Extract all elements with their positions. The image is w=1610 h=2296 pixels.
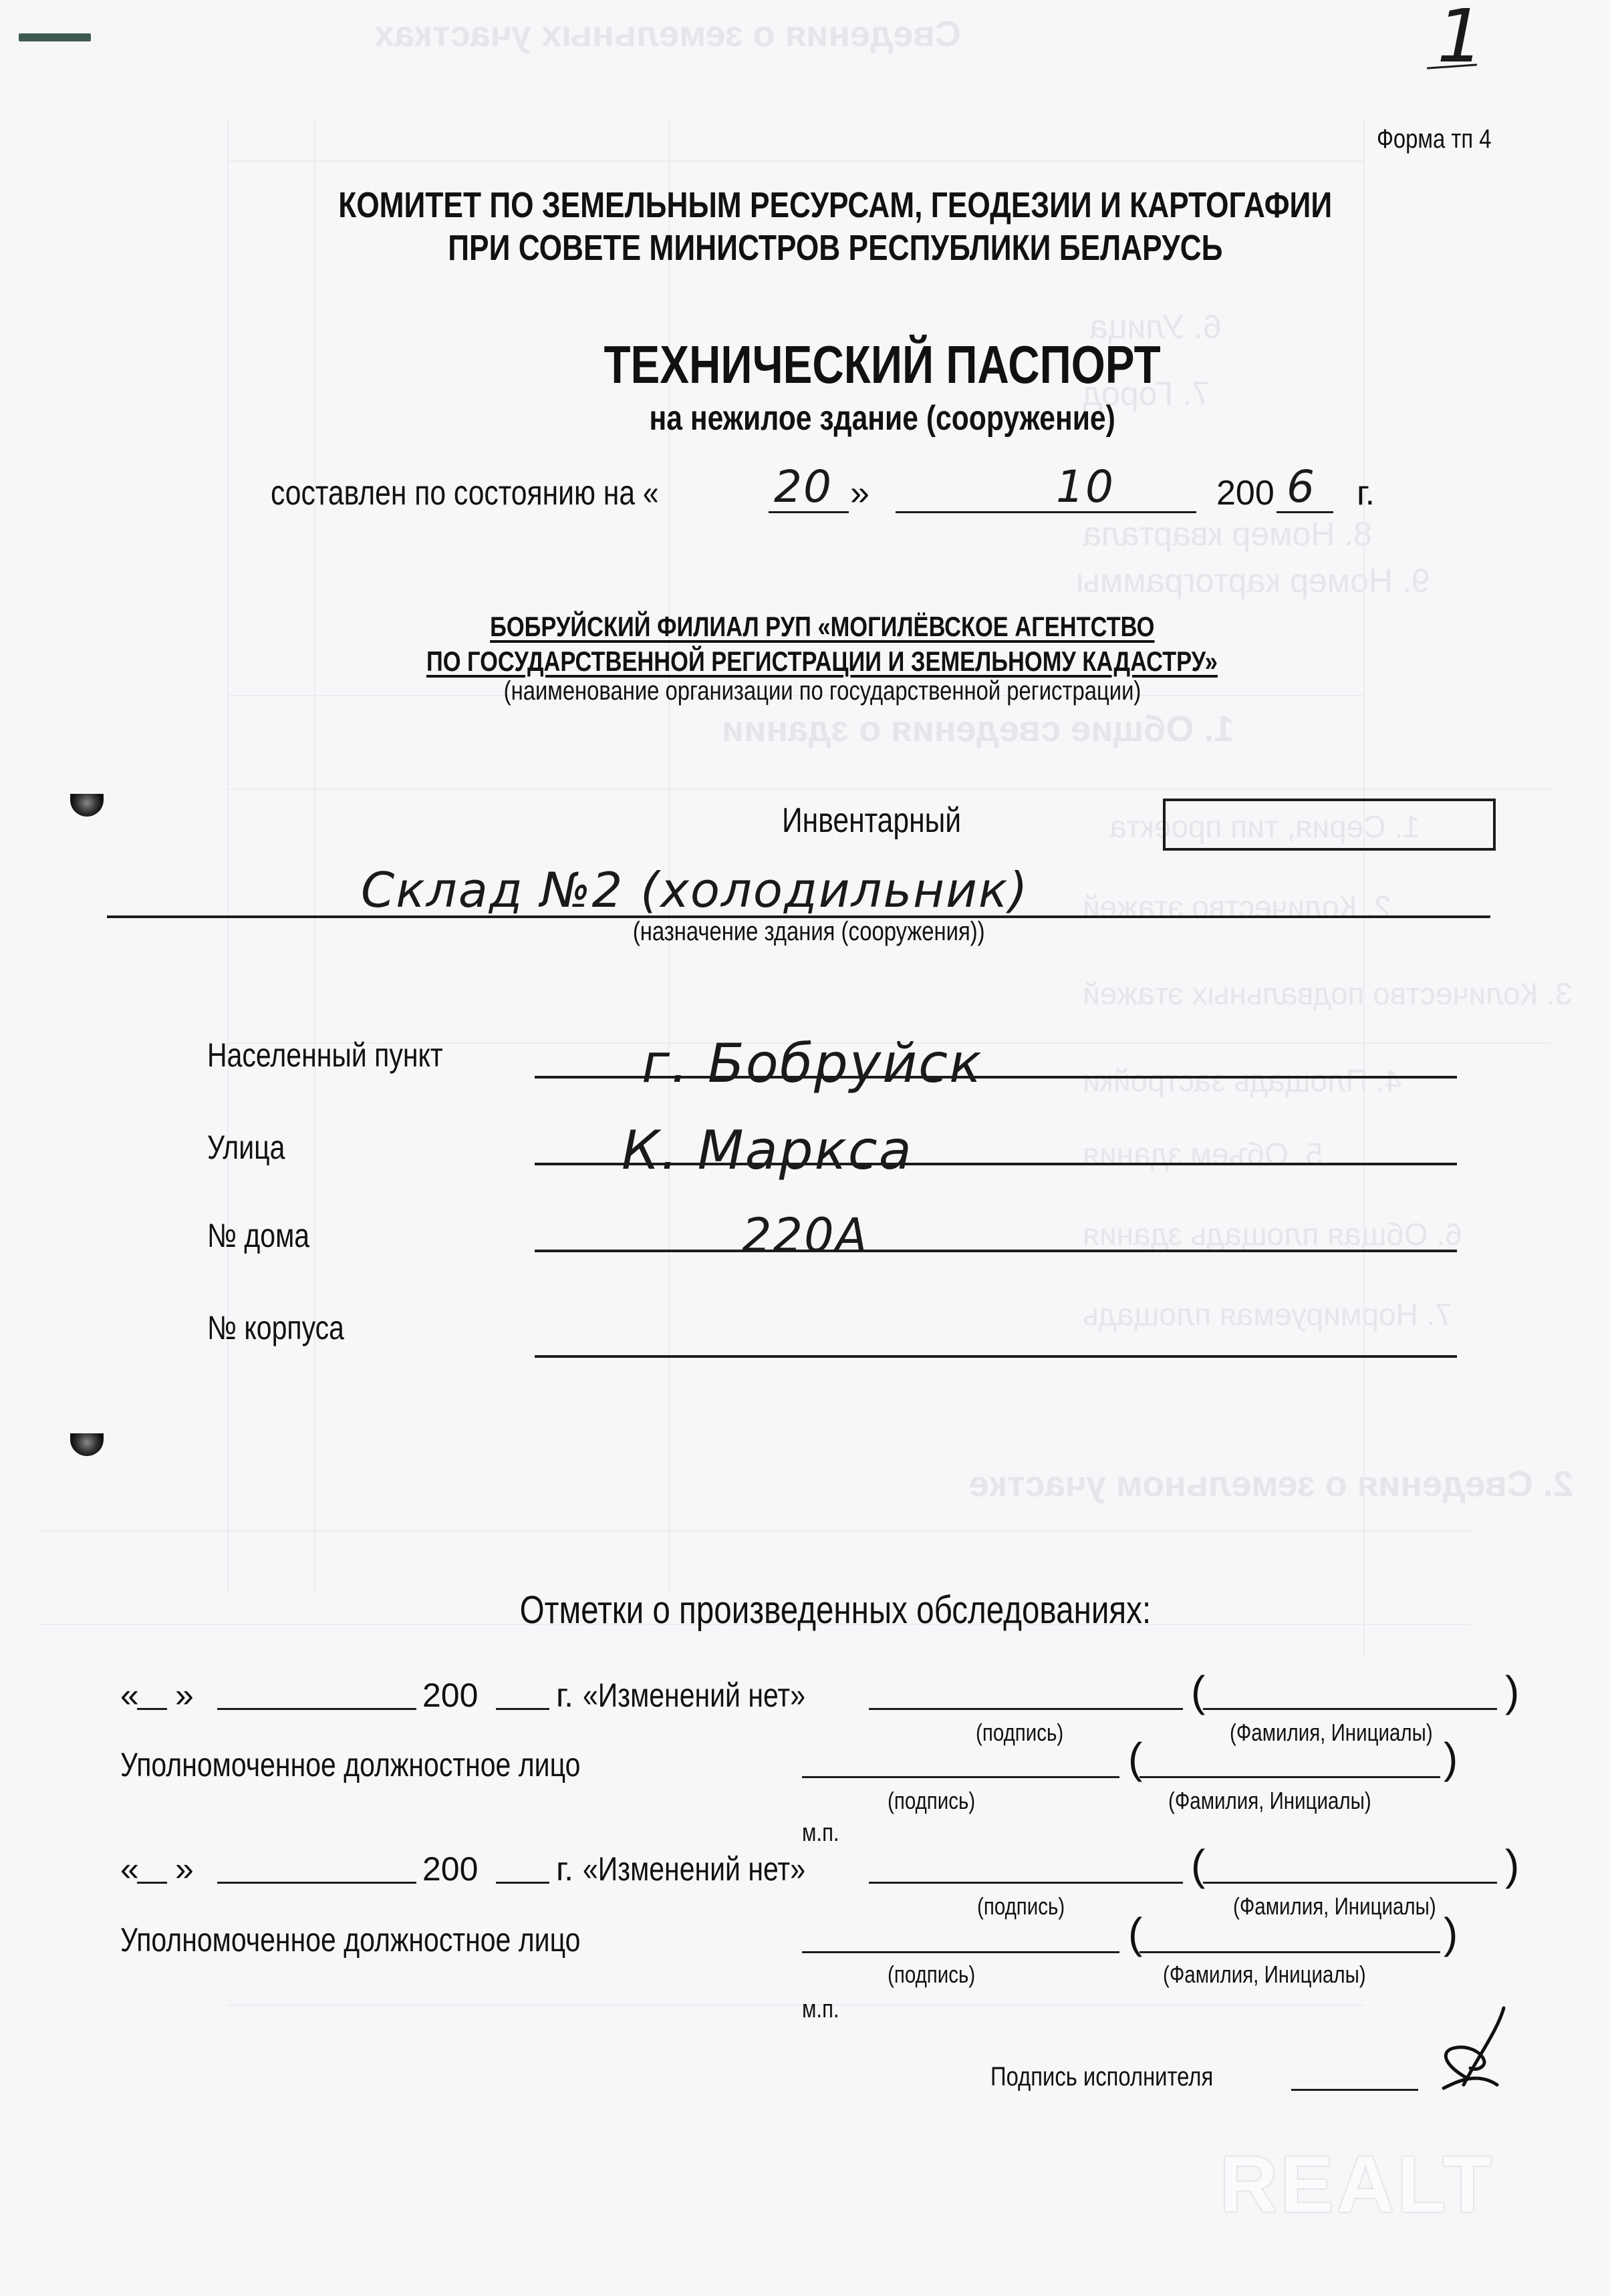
date-month-field[interactable]: 10: [1056, 461, 1115, 513]
official-name-caption: (Фамилия, Инициалы): [1163, 1961, 1410, 1989]
caption-text: (подпись): [888, 1787, 975, 1815]
building-label-text: № корпуса: [207, 1308, 344, 1347]
date-day-underline: [769, 511, 849, 513]
organization-name: БОБРУЙСКИЙ ФИЛИАЛ РУП «МОГИЛЁВСКОЕ АГЕНТ…: [307, 609, 1337, 679]
official-label-text: Уполномоченное должностное лицо: [120, 1920, 580, 1959]
inspection-date-open: «: [120, 1850, 139, 1888]
date-close-quote: »: [850, 473, 869, 513]
inspection-name-field[interactable]: [1203, 1708, 1497, 1710]
organization-caption: (наименование организации по государстве…: [307, 676, 1337, 706]
stamp-text: м.п.: [802, 1819, 839, 1848]
date-year-underline: [1277, 511, 1333, 513]
caption-text: (подпись): [976, 1719, 1063, 1747]
organization-line-1: БОБРУЙСКИЙ ФИЛИАЛ РУП «МОГИЛЁВСКОЕ АГЕНТ…: [490, 609, 1154, 644]
building-number-label: № корпуса: [207, 1308, 374, 1347]
executor-signature-field[interactable]: [1291, 2089, 1418, 2091]
official-label: Уполномоченное должностное лицо: [120, 1920, 682, 1959]
street-field[interactable]: К. Маркса: [622, 1119, 913, 1181]
inspection-date-close: »: [175, 1850, 194, 1888]
name-paren-close: ): [1505, 1667, 1519, 1716]
purpose-caption-text: (назначение здания (сооружения)): [633, 917, 985, 947]
inspection-year-prefix: 200: [422, 1676, 478, 1715]
official-signature-field[interactable]: [802, 1951, 1119, 1953]
watermark-text: REALT: [1220, 2140, 1494, 2229]
no-changes-text: «Изменений нет»: [583, 1676, 805, 1715]
organization-caption-text: (наименование организации по государстве…: [503, 676, 1141, 706]
page-title: ТЕХНИЧЕСКИЙ ПАСПОРТ: [348, 334, 1417, 396]
inspection-day-field[interactable]: [137, 1882, 167, 1884]
inspection-date-open: «: [120, 1676, 139, 1715]
signature-caption: (подпись): [976, 1719, 1083, 1747]
date-year-prefix: 200: [1216, 473, 1274, 513]
inspection-date-close: »: [175, 1676, 194, 1715]
settlement-field[interactable]: г. Бобруйск: [642, 1032, 982, 1095]
stamp-placeholder: м.п.: [802, 1995, 847, 2024]
inspection-signature-field[interactable]: [869, 1882, 1183, 1884]
page-subtitle: на нежилое здание (сооружение): [348, 398, 1417, 438]
inspection-year-prefix: 200: [422, 1850, 478, 1888]
official-name-field[interactable]: [1139, 1776, 1440, 1778]
settlement-label-text: Населенный пункт: [207, 1036, 443, 1074]
caption-text: (подпись): [888, 1961, 975, 1989]
organization-line-2: ПО ГОСУДАРСТВЕННОЙ РЕГИСТРАЦИИ И ЗЕМЕЛЬН…: [426, 644, 1218, 679]
date-month-underline: [896, 511, 1196, 513]
year-label-text: г.: [556, 1677, 573, 1714]
name-paren-close: ): [1505, 1840, 1519, 1890]
settlement-underline: [535, 1076, 1457, 1079]
name-paren-open: (: [1128, 1733, 1142, 1783]
signature-caption: (подпись): [977, 1892, 1084, 1920]
house-number-field[interactable]: 220А: [742, 1208, 869, 1263]
official-name-field[interactable]: [1139, 1951, 1440, 1953]
inspection-year-field[interactable]: [496, 1708, 549, 1710]
inspection-year-label: г. «Изменений нет»: [556, 1850, 854, 1888]
form-label-text: Форма тп 4: [1377, 124, 1491, 154]
date-prefix: составлен по состоянию на «: [271, 473, 744, 513]
staple-icon: [70, 1433, 104, 1456]
building-number-underline: [535, 1355, 1457, 1358]
official-signature-caption: (подпись): [888, 1787, 994, 1815]
no-changes-text: «Изменений нет»: [583, 1850, 805, 1888]
house-number-label: № дома: [207, 1216, 332, 1255]
stamp-placeholder: м.п.: [802, 1819, 847, 1848]
inspection-year-label: г. «Изменений нет»: [556, 1676, 854, 1715]
caption-text: (Фамилия, Инициалы): [1233, 1892, 1436, 1920]
inspection-name-field[interactable]: [1203, 1882, 1497, 1884]
street-underline: [535, 1163, 1457, 1165]
name-caption: (Фамилия, Инициалы): [1230, 1719, 1477, 1747]
realt-watermark: REALT: [1220, 2138, 1494, 2231]
name-paren-close: ): [1444, 1908, 1458, 1958]
official-signature-field[interactable]: [802, 1776, 1119, 1778]
executor-label-text: Подпись исполнителя: [990, 2062, 1213, 2092]
caption-text: (подпись): [977, 1892, 1065, 1920]
street-label-text: Улица: [207, 1128, 285, 1167]
tab-marker: [19, 33, 91, 41]
inspection-month-field[interactable]: [217, 1708, 416, 1710]
date-day-field[interactable]: 20: [774, 461, 833, 513]
subtitle-text: на нежилое здание (сооружение): [649, 398, 1115, 438]
inventory-label: Инвентарный: [782, 801, 1000, 841]
committee-line-2: ПРИ СОВЕТЕ МИНИСТРОВ РЕСПУБЛИКИ БЕЛАРУСЬ: [448, 227, 1222, 269]
official-signature-caption: (подпись): [888, 1961, 994, 1989]
date-year-label: г.: [1357, 473, 1375, 513]
inventory-label-text: Инвентарный: [782, 801, 961, 841]
inspection-year-field[interactable]: [496, 1882, 549, 1884]
year-label-text: г.: [556, 1850, 573, 1888]
building-purpose-field[interactable]: Склад №2 (холодильник): [361, 862, 1029, 918]
executor-signature-scribble: [1403, 2005, 1524, 2098]
street-label: Улица: [207, 1128, 302, 1167]
caption-text: (Фамилия, Инициалы): [1230, 1719, 1433, 1747]
form-label: Форма тп 4: [1377, 124, 1516, 154]
inventory-number-box[interactable]: [1163, 799, 1496, 851]
official-label: Уполномоченное должностное лицо: [120, 1745, 682, 1784]
building-purpose-caption: (назначение здания (сооружения)): [508, 917, 1109, 947]
inspection-day-field[interactable]: [137, 1708, 167, 1710]
official-name-caption: (Фамилия, Инициалы): [1168, 1787, 1416, 1815]
date-year-field[interactable]: 6: [1287, 461, 1316, 513]
name-paren-close: ): [1444, 1733, 1458, 1783]
house-number-underline: [535, 1250, 1457, 1252]
inspections-heading: Отметки о произведенных обследованиях:: [334, 1588, 1337, 1632]
title-text: ТЕХНИЧЕСКИЙ ПАСПОРТ: [603, 334, 1160, 396]
name-paren-open: (: [1128, 1908, 1142, 1958]
official-label-text: Уполномоченное должностное лицо: [120, 1745, 580, 1784]
committee-header: КОМИТЕТ ПО ЗЕМЕЛЬНЫМ РЕСУРСАМ, ГЕОДЕЗИИ …: [200, 184, 1470, 269]
inspection-signature-field[interactable]: [869, 1708, 1183, 1710]
caption-text: (Фамилия, Инициалы): [1163, 1961, 1366, 1989]
executor-signature-label: Подпись исполнителя: [990, 2062, 1262, 2092]
staple-icon: [70, 794, 104, 817]
settlement-label: Населенный пункт: [207, 1036, 495, 1074]
inspections-heading-text: Отметки о произведенных обследованиях:: [520, 1588, 1152, 1632]
house-label-text: № дома: [207, 1216, 309, 1255]
inspection-month-field[interactable]: [217, 1882, 416, 1884]
stamp-text: м.п.: [802, 1995, 839, 2024]
committee-line-1: КОМИТЕТ ПО ЗЕМЕЛЬНЫМ РЕСУРСАМ, ГЕОДЕЗИИ …: [339, 184, 1333, 227]
date-prefix-text: составлен по состоянию на «: [271, 473, 659, 513]
caption-text: (Фамилия, Инициалы): [1168, 1787, 1371, 1815]
